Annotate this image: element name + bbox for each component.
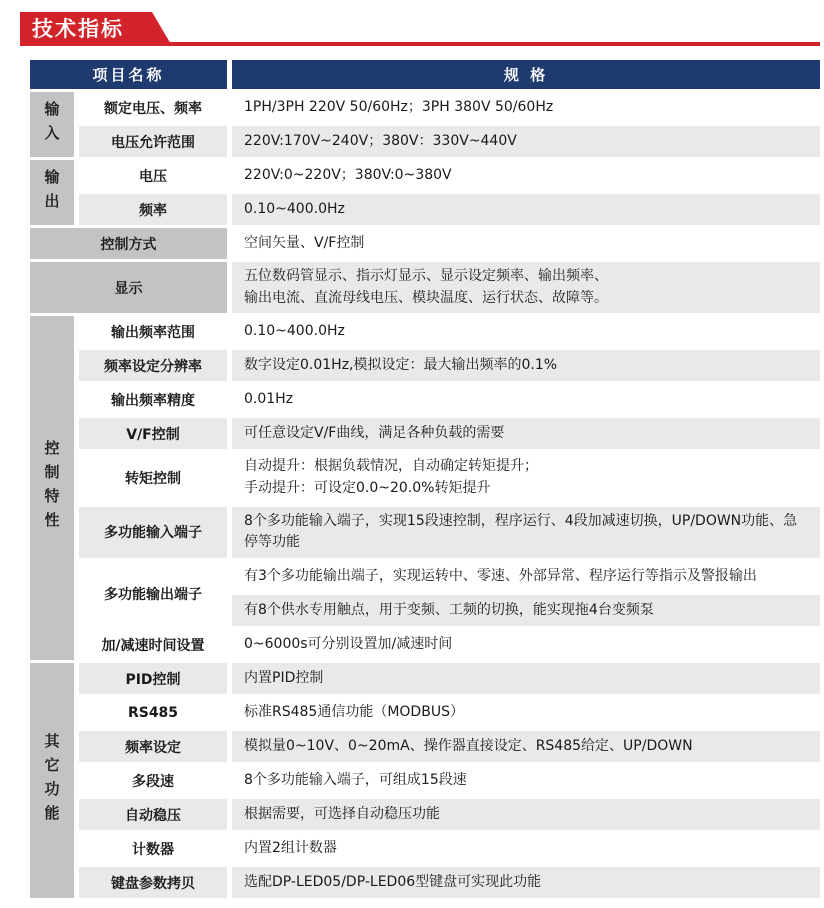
item-label: 多段速 xyxy=(79,765,227,796)
item-label: 频率设定分辨率 xyxy=(79,350,227,381)
section-title: 技术指标 xyxy=(32,13,124,43)
item-label: 输出频率范围 xyxy=(79,316,227,347)
group-cell-input: 输入 xyxy=(30,92,74,157)
group-label: 输出 xyxy=(42,169,63,217)
spec-value: 220V:170V~240V；380V：330V~440V xyxy=(232,126,820,157)
spec-value: 内置2组计数器 xyxy=(232,833,820,864)
item-label: PID控制 xyxy=(79,663,227,694)
group-cell-other-functions: 其它功能 xyxy=(30,663,74,898)
spec-value: 内置PID控制 xyxy=(232,663,820,694)
spec-value: 数字设定0.01Hz,模拟设定：最大输出频率的0.1% xyxy=(232,350,820,381)
spec-value: 8个多功能输入端子，实现15段速控制，程序运行、4段加减速切换，UP/DOWN功… xyxy=(232,507,820,558)
item-label: 频率设定 xyxy=(79,731,227,762)
group-cell-output: 输出 xyxy=(30,160,74,225)
section-banner: 技术指标 xyxy=(20,10,820,46)
col-header-spec: 规 格 xyxy=(232,60,820,89)
spec-value: 220V:0~220V；380V:0~380V xyxy=(232,160,820,191)
spec-value: 有3个多功能输出端子，实现运转中、零速、外部异常、程序运行等指示及警报输出 xyxy=(232,561,820,592)
item-label: 电压 xyxy=(79,160,227,191)
spec-value: 选配DP-LED05/DP-LED06型键盘可实现此功能 xyxy=(232,867,820,898)
item-label: 自动稳压 xyxy=(79,799,227,830)
spec-value: 0~6000s可分别设置加/减速时间 xyxy=(232,629,820,660)
item-label-merged: 显示 xyxy=(30,262,227,313)
item-label: 电压允许范围 xyxy=(79,126,227,157)
item-label: 频率 xyxy=(79,194,227,225)
spec-value: 可任意设定V/F曲线，满足各种负载的需要 xyxy=(232,418,820,449)
item-label-merged: 控制方式 xyxy=(30,228,227,259)
spec-value: 有8个供水专用触点，用于变频、工频的切换，能实现拖4台变频泵 xyxy=(232,595,820,626)
spec-value: 自动提升：根据负载情况，自动确定转矩提升； 手动提升：可设定0.0~20.0%转… xyxy=(232,452,820,503)
spec-value: 0.10~400.0Hz xyxy=(232,194,820,225)
group-label: 输入 xyxy=(42,101,63,149)
spec-value: 8个多功能输入端子，可组成15段速 xyxy=(232,765,820,796)
item-label: 转矩控制 xyxy=(79,452,227,503)
group-cell-control-features: 控制特性 xyxy=(30,316,74,660)
item-label: RS485 xyxy=(79,697,227,728)
item-label: 键盘参数拷贝 xyxy=(79,867,227,898)
spec-value: 空间矢量、V/F控制 xyxy=(232,228,820,259)
spec-table: 项目名称 规 格 输入 输出 控制特性 其它功能 额定电压、频率 1PH/3PH… xyxy=(30,60,820,898)
group-label: 其它功能 xyxy=(42,733,63,829)
item-label: 输出频率精度 xyxy=(79,384,227,415)
item-label: 计数器 xyxy=(79,833,227,864)
spec-value: 模拟量0~10V、0~20mA、操作器直接设定、RS485给定、UP/DOWN xyxy=(232,731,820,762)
spec-value: 1PH/3PH 220V 50/60Hz；3PH 380V 50/60Hz xyxy=(232,92,820,123)
item-label: 多功能输入端子 xyxy=(79,507,227,558)
group-label: 控制特性 xyxy=(42,440,63,536)
spec-value: 根据需要，可选择自动稳压功能 xyxy=(232,799,820,830)
item-label: 加/减速时间设置 xyxy=(79,629,227,660)
item-label: 额定电压、频率 xyxy=(79,92,227,123)
spec-value: 0.01Hz xyxy=(232,384,820,415)
col-header-item-name: 项目名称 xyxy=(30,60,227,89)
item-label: 多功能输出端子 xyxy=(79,561,227,626)
banner-ribbon: 技术指标 xyxy=(20,12,172,46)
spec-value: 标准RS485通信功能（MODBUS） xyxy=(232,697,820,728)
item-label: V/F控制 xyxy=(79,418,227,449)
spec-value: 五位数码管显示、指示灯显示、显示设定频率、输出频率、 输出电流、直流母线电压、模… xyxy=(232,262,820,313)
spec-value: 0.10~400.0Hz xyxy=(232,316,820,347)
